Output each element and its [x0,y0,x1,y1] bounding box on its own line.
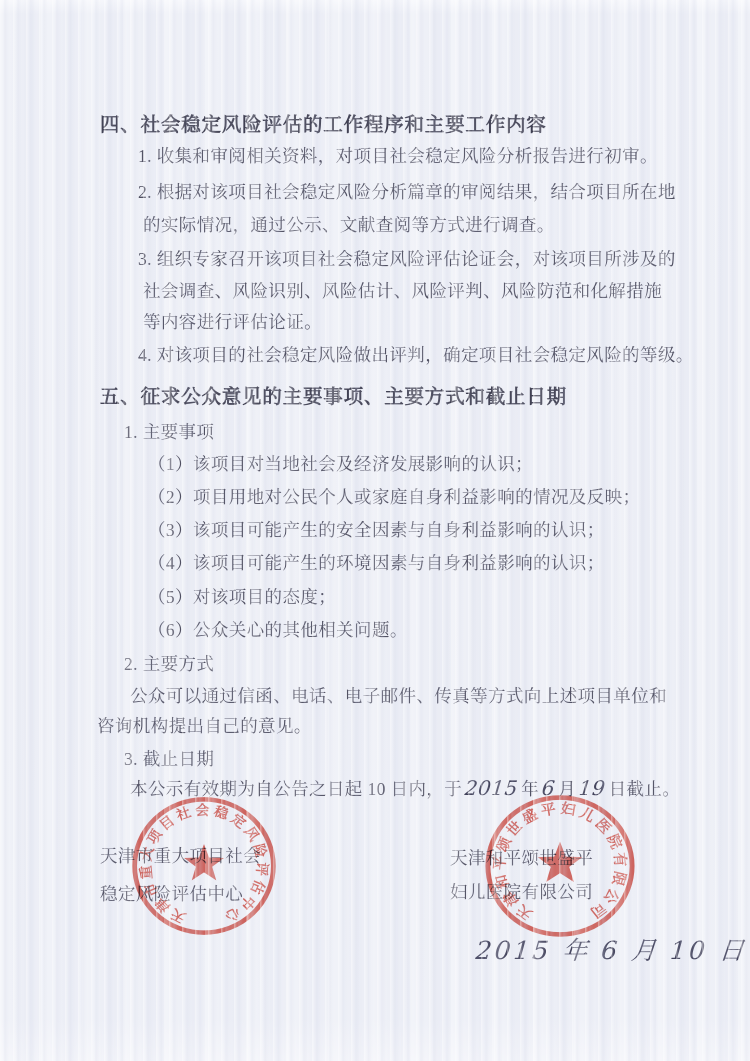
section4-item3-line1: 3. 组织专家召开该项目社会稳定风险评估论证会，对该项目所涉及的 [138,246,676,271]
matter-item: （5）对该项目的态度； [148,584,336,609]
official-seal-left: 天津市重大项目社会稳定风险评估中心 [128,793,280,939]
section5-heading: 五、征求公众意见的主要事项、主要方式和截止日期 [100,381,567,409]
section4-heading: 四、社会稳定风险评估的工作程序和主要工作内容 [100,109,547,137]
section4-item2-line1: 2. 根据对该项目社会稳定风险分析篇章的审阅结果，结合项目所在地 [138,179,676,204]
section5-sub2-heading: 2. 主要方式 [124,651,214,676]
method-line2: 咨询机构提出自己的意见。 [97,713,312,738]
star-icon [184,844,224,880]
section4-item3-line3: 等内容进行评估论证。 [143,309,322,334]
section4-item2-line2: 的实际情况，通过公示、文献查阅等方式进行调查。 [143,212,555,237]
matter-item: （2）项目用地对公民个人或家庭自身利益影响的情况及反映； [148,484,640,509]
official-seal-right: 天津和平颂世盛平妇儿医院有限公司 [481,791,639,941]
matter-item: （1）该项目对当地社会及经济发展影响的认识； [148,451,533,476]
star-icon [538,842,583,882]
section4-item1: 1. 收集和审阅相关资料，对项目社会稳定风险分析报告进行初审。 [138,143,658,168]
matter-item: （6）公众关心的其他相关问题。 [148,617,408,642]
section4-item4: 4. 对该项目的社会稳定风险做出评判，确定项目社会稳定风险的等级。 [138,342,694,367]
method-line1: 公众可以通过信函、电话、电子邮件、传真等方式向上述项目单位和 [130,683,667,708]
scanned-document-page: 四、社会稳定风险评估的工作程序和主要工作内容 1. 收集和审阅相关资料，对项目社… [0,0,750,1061]
section5-sub3-heading: 3. 截止日期 [124,746,214,771]
matter-item: （3）该项目可能产生的安全因素与自身利益影响的认识； [148,517,605,542]
section5-sub1-heading: 1. 主要事项 [124,419,214,444]
section4-item3-line2: 社会调查、风险识别、风险估计、风险评判、风险防范和化解措施 [143,278,662,303]
matter-item: （4）该项目可能产生的环境因素与自身利益影响的认识； [148,550,605,575]
